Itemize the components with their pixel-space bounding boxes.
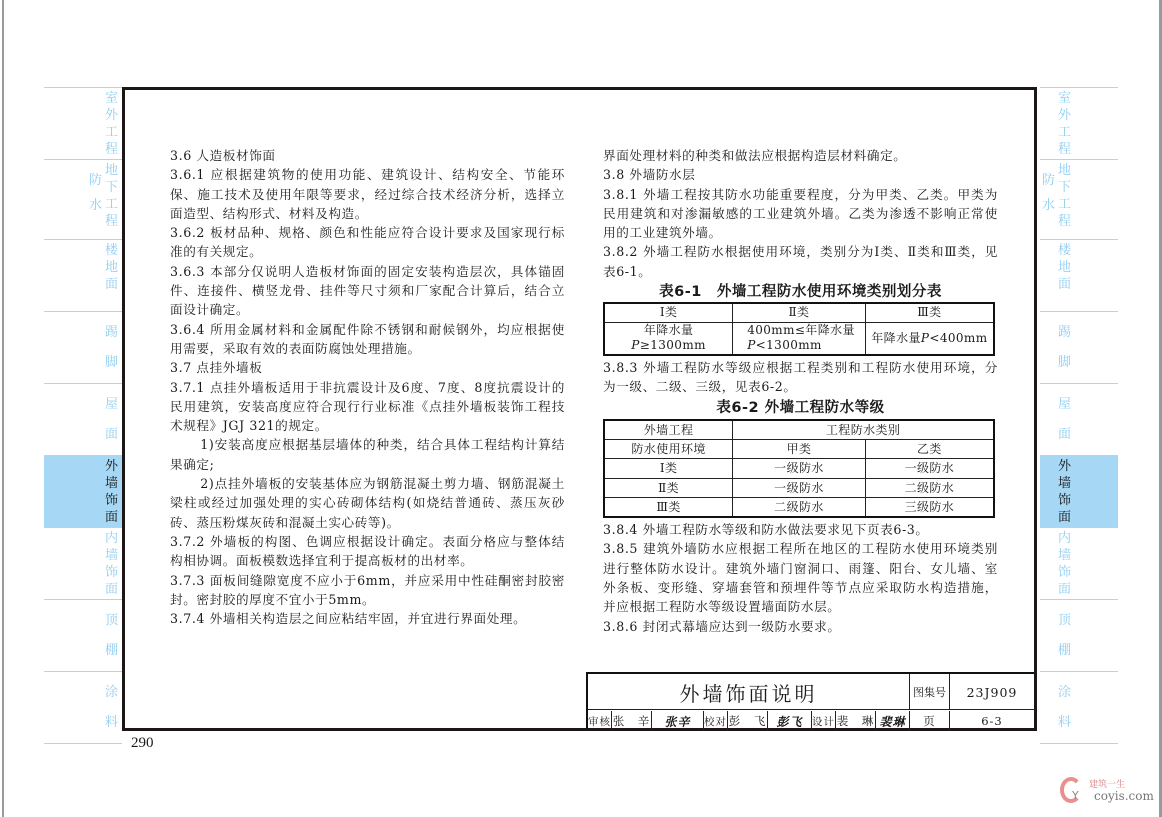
side-tab-char: 屋 [1058,396,1071,413]
side-tab-char: 地 [105,162,118,179]
table-row: Ⅰ类 一级防水 一级防水 [604,459,994,479]
side-tab-char: 程 [105,213,118,230]
side-tab-floor[interactable]: 楼地面 [44,239,122,311]
review-name: 张 辛 [612,711,652,731]
review-label: 审核 [588,711,612,731]
side-tab-char: 工 [105,124,118,141]
watermark-url: coyis.com [1094,789,1154,803]
paragraph: 3.7.2 外墙板的构图、色调应根据设计确定。表面分格应与整体结构相协调。面板模… [170,532,565,571]
side-tab-char: 室 [1058,90,1071,107]
side-tab-char: 下 [1058,179,1071,196]
side-tabs-end-line [44,743,122,744]
side-tab-exterior-wall[interactable]: 外墙饰面 [44,455,122,527]
paragraph: 界面处理材料的种类和做法应根据构造层材料确定。 [603,146,998,165]
design-label: 设计 [812,711,836,731]
table-cell: 一级防水 [865,459,994,479]
table-header-cell: Ⅰ类 [604,303,733,322]
table-6-2-title: 表6-2 外墙工程防水等级 [603,398,998,418]
side-tab-char: 防 [1042,172,1055,189]
side-tab-char: 墙 [1058,475,1071,492]
table-header-cell: 防水使用环境 [604,439,733,459]
check-name: 彭 飞 [728,711,768,731]
side-tab-label: 楼地面 [1058,242,1071,293]
side-tab-category-label: 防水 [1042,172,1055,214]
side-tab-char: 料 [105,714,118,731]
side-tab-char: 楼 [105,242,118,259]
page-number: 290 [131,735,154,752]
paragraph: 3.8.3 外墙工程防水等级应根据工程类别和工程防水使用环境，分为一级、二级、三… [603,358,998,397]
side-tab-label: 室外工程 [105,90,118,158]
side-tab-roof[interactable]: 屋面 [44,383,122,455]
side-tab-char: 墙 [1058,547,1071,564]
side-tab-ceiling[interactable]: 顶棚 [44,599,122,671]
side-tabs-left: 室外工程防水地下工程楼地面踢脚屋面外墙饰面内墙饰面顶棚涂料 [44,87,122,744]
side-tab-char: 顶 [1058,612,1071,629]
side-tab-roof[interactable]: 屋面 [1040,383,1118,455]
side-tab-char: 内 [105,530,118,547]
table-header-cell: 乙类 [865,439,994,459]
right-text-column: 界面处理材料的种类和做法应根据构造层材料确定。3.8 外墙防水层3.8.1 外墙… [603,146,998,636]
side-tab-char: 外 [105,458,118,475]
design-signature: 裴琳 [876,711,910,731]
side-tab-category-label: 防水 [89,172,102,214]
atlas-number: 23J909 [950,674,1034,710]
side-tab-label: 踢脚 [1058,312,1071,383]
side-tab-char: 程 [1058,141,1071,158]
side-tab-floor[interactable]: 楼地面 [1040,239,1118,311]
side-tab-char: 屋 [105,396,118,413]
table-cell: 二级防水 [865,478,994,498]
table-cell: 二级防水 [733,498,866,518]
table-header-cell: Ⅱ类 [733,303,866,322]
side-tab-char: 楼 [1058,242,1071,259]
table-group-header: 工程防水类别 [733,420,994,440]
side-tab-char: 地 [1058,162,1071,179]
watermark: Y 建筑一生 coyis.com [1060,775,1155,811]
review-signature: 张辛 [652,711,704,731]
paragraph: 3.7 点挂外墙板 [170,358,565,377]
side-tab-char: 饰 [105,492,118,509]
side-tab-skirting[interactable]: 踢脚 [44,311,122,383]
table-header-cell: 外墙工程 [604,420,733,440]
side-tab-char: 外 [105,107,118,124]
side-tab-char: 饰 [1058,492,1071,509]
table-cell: Ⅰ类 [604,459,733,479]
side-tab-char: 踢 [1058,324,1071,341]
design-name: 裴 琳 [836,711,876,731]
side-tab-label: 屋面 [1058,384,1071,455]
side-tab-char: 地 [105,259,118,276]
side-tab-char: 棚 [1058,642,1071,659]
side-tab-interior-wall[interactable]: 内墙饰面 [1040,527,1118,599]
side-tab-label: 涂料 [105,672,118,743]
side-tab-label: 地下工程 [1058,162,1071,230]
side-tab-char: 饰 [105,564,118,581]
paragraph: 3.8.5 建筑外墙防水应根据工程所在地区的工程防水使用环境类别进行整体防水设计… [603,539,998,616]
paragraph: 3.8.2 外墙工程防水根据使用环境，类别分为Ⅰ类、Ⅱ类和Ⅲ类，见表6-1。 [603,242,998,281]
side-tab-char: 工 [1058,196,1071,213]
side-tab-outdoor[interactable]: 室外工程 [44,87,122,159]
side-tab-char: 脚 [105,354,118,371]
table-6-1: Ⅰ类 Ⅱ类 Ⅲ类 年降水量P≥1300mm 400mm≤年降水量P<1300mm… [603,302,995,356]
side-tab-char: 程 [1058,213,1071,230]
table-cell: 400mm≤年降水量P<1300mm [733,322,866,355]
side-tab-interior-wall[interactable]: 内墙饰面 [44,527,122,599]
viewer-left-edge [2,0,4,817]
side-tab-char: 面 [1058,276,1071,293]
table-6-2: 外墙工程 工程防水类别 防水使用环境 甲类 乙类 Ⅰ类 一级防水 一级防水 Ⅱ类… [603,419,995,519]
table-cell: 一级防水 [733,478,866,498]
table-row: Ⅲ类 二级防水 三级防水 [604,498,994,518]
paragraph: 3.6.4 所用金属材料和金属配件除不锈钢和耐候钢外，均应根据使用需要，采取有效… [170,320,565,359]
side-tab-char: 面 [1058,581,1071,598]
side-tab-label: 室外工程 [1058,90,1071,158]
side-tab-char: 棚 [105,642,118,659]
side-tab-label: 楼地面 [105,242,118,293]
side-tab-label: 踢脚 [105,312,118,383]
table-cell: Ⅱ类 [604,478,733,498]
side-tab-char: 踢 [105,324,118,341]
side-tab-ceiling[interactable]: 顶棚 [1040,599,1118,671]
side-tab-char: 料 [1058,714,1071,731]
table-cell: 年降水量P<400mm [865,322,994,355]
side-tab-coating[interactable]: 涂料 [1040,671,1118,743]
paragraph: 3.8 外墙防水层 [603,165,998,184]
side-tab-underground-waterproof[interactable]: 防水地下工程 [1040,159,1118,239]
side-tab-char: 室 [105,90,118,107]
side-tab-outdoor[interactable]: 室外工程 [1040,87,1118,159]
side-tab-skirting[interactable]: 踢脚 [1040,311,1118,383]
side-tab-char: 地 [1058,259,1071,276]
left-text-column: 3.6 人造板材饰面3.6.1 应根据建筑物的使用功能、建筑设计、结构安全、节能… [170,146,565,628]
side-tab-char: 工 [1058,124,1071,141]
side-tab-char: 墙 [105,547,118,564]
table-6-1-title: 表6-1 外墙工程防水使用环境类别划分表 [603,282,998,302]
side-tab-char: 防 [89,172,102,189]
side-tab-char: 程 [105,141,118,158]
side-tab-char: 顶 [105,612,118,629]
side-tab-char: 下 [105,179,118,196]
drawing-name: 外墙饰面说明 [588,674,910,710]
side-tabs-end-line [1040,743,1118,744]
side-tab-char: 面 [105,509,118,526]
side-tab-char: 面 [105,581,118,598]
side-tab-label: 屋面 [105,384,118,455]
side-tab-underground-waterproof[interactable]: 防水地下工程 [44,159,122,239]
side-tab-char: 墙 [105,475,118,492]
side-tab-char: 面 [1058,509,1071,526]
side-tabs-right: 室外工程防水地下工程楼地面踢脚屋面外墙饰面内墙饰面顶棚涂料 [1040,87,1118,744]
paragraph: 3.6.3 本部分仅说明人造板材饰面的固定安装构造层次，具体锚固件、连接件、横竖… [170,262,565,320]
atlas-label: 图集号 [910,674,950,710]
paragraph: 3.8.4 外墙工程防水等级和防水做法要求见下页表6-3。 [603,520,998,539]
paragraph: 2)点挂外墙板的安装基体应为钢筋混凝土剪力墙、钢筋混凝土梁柱或经过加强处理的实心… [170,474,565,532]
side-tab-label: 顶棚 [105,600,118,671]
paragraph: 3.7.4 外墙相关构造层之间应粘结牢固，并宜进行界面处理。 [170,609,565,628]
side-tab-char: 涂 [105,684,118,701]
side-tab-label: 顶棚 [1058,600,1071,671]
paragraph: 3.6.2 板材品种、规格、颜色和性能应符合设计要求及国家现行标准的有关规定。 [170,223,565,262]
table-cell: Ⅲ类 [604,498,733,518]
side-tab-char: 涂 [1058,684,1071,701]
side-tab-char: 水 [89,197,102,214]
paragraph: 3.8.6 封闭式幕墙应达到一级防水要求。 [603,617,998,636]
side-tab-char: 外 [1058,458,1071,475]
page-code: 6-3 [950,711,1034,731]
paragraph: 3.6 人造板材饰面 [170,146,565,165]
check-label: 校对 [704,711,728,731]
side-tab-exterior-wall[interactable]: 外墙饰面 [1040,455,1118,527]
side-tab-char: 内 [1058,530,1071,547]
table-row: Ⅱ类 一级防水 二级防水 [604,478,994,498]
side-tab-label: 内墙饰面 [105,530,118,598]
side-tab-char: 水 [1042,197,1055,214]
page-label: 页 [910,711,950,731]
side-tab-label: 外墙饰面 [1058,458,1071,526]
paragraph: 3.7.1 点挂外墙板适用于非抗震设计及6度、7度、8度抗震设计的民用建筑，安装… [170,378,565,436]
side-tab-char: 外 [1058,107,1071,124]
side-tab-char: 工 [105,196,118,213]
check-signature: 彭飞 [768,711,812,731]
side-tab-coating[interactable]: 涂料 [44,671,122,743]
side-tab-char: 面 [105,276,118,293]
side-tab-char: 脚 [1058,354,1071,371]
table-cell: 一级防水 [733,459,866,479]
paragraph: 1)安装高度应根据基层墙体的种类，结合具体工程结构计算结果确定; [170,435,565,474]
side-tab-label: 涂料 [1058,672,1071,743]
table-header-cell: Ⅲ类 [865,303,994,322]
paragraph: 3.8.1 外墙工程按其防水功能重要程度，分为甲类、乙类。甲类为民用建筑和对渗漏… [603,185,998,243]
paragraph: 3.6.1 应根据建筑物的使用功能、建筑设计、结构安全、节能环保、施工技术及使用… [170,165,565,223]
table-cell: 三级防水 [865,498,994,518]
paragraph: 3.7.3 面板间缝隙宽度不应小于6mm，并应采用中性硅酮密封胶密封。密封胶的厚… [170,571,565,610]
side-tab-label: 地下工程 [105,162,118,230]
watermark-logo-mark: Y [1072,789,1079,802]
side-tab-char: 饰 [1058,564,1071,581]
side-tab-label: 外墙饰面 [105,458,118,526]
side-tab-char: 面 [105,426,118,443]
table-cell: 年降水量P≥1300mm [604,322,733,355]
table-header-cell: 甲类 [733,439,866,459]
side-tab-char: 面 [1058,426,1071,443]
title-block: 外墙饰面说明 图集号 23J909 审核 张 辛 张辛 校对 彭 飞 彭飞 设计… [586,672,1034,729]
side-tab-label: 内墙饰面 [1058,530,1071,598]
